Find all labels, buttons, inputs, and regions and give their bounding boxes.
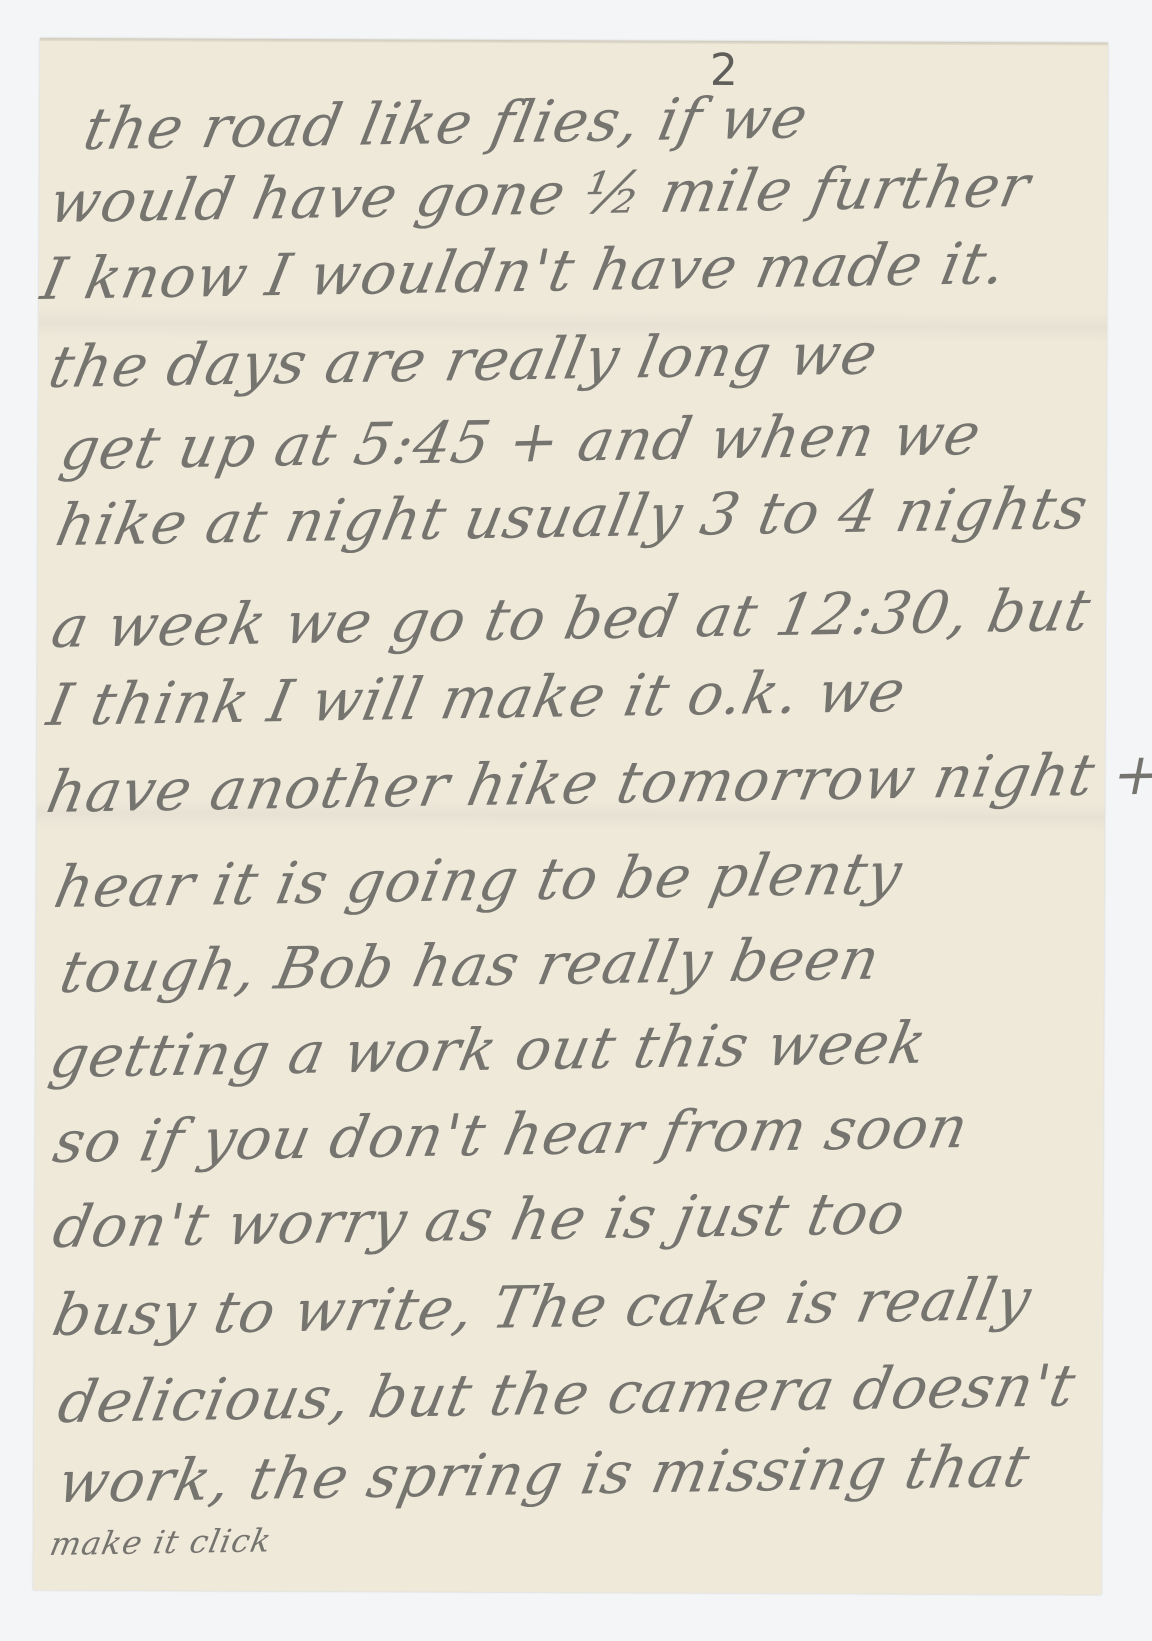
letter-line: have another hike tomorrow night + I: [43, 744, 1152, 821]
letter-line: don't worry as he is just too: [49, 1184, 911, 1256]
letter-line: hear it is going to be plenty: [50, 844, 907, 916]
letter-line: busy to write, The cake is really: [48, 1270, 1036, 1344]
letter-line: would have gone ½ mile further: [45, 157, 1035, 231]
letter-line: hike at night usually 3 to 4 nights: [52, 479, 1093, 554]
letter-line: the days are really long we: [44, 324, 882, 396]
letter-line: getting a work out this week: [45, 1014, 931, 1086]
letter-page: 2 the road like flies, if we would have …: [33, 38, 1108, 1595]
letter-line: tough, Bob has really been: [56, 930, 885, 1001]
letter-line: the road like flies, if we: [79, 88, 813, 158]
letter-line: a week we go to bed at 12:30, but: [47, 581, 1095, 656]
letter-line: I know I wouldn't have made it.: [37, 234, 1012, 308]
letter-line: make it click: [47, 1524, 274, 1560]
letter-line: delicious, but the camera doesn't: [54, 1356, 1081, 1431]
letter-line: work, the spring is missing that: [54, 1437, 1035, 1511]
letter-line: I think I will make it o.k. we: [43, 662, 911, 734]
letter-line: get up at 5:45 + and when we: [56, 405, 986, 478]
letter-line: so if you don't hear from soon: [49, 1098, 973, 1171]
